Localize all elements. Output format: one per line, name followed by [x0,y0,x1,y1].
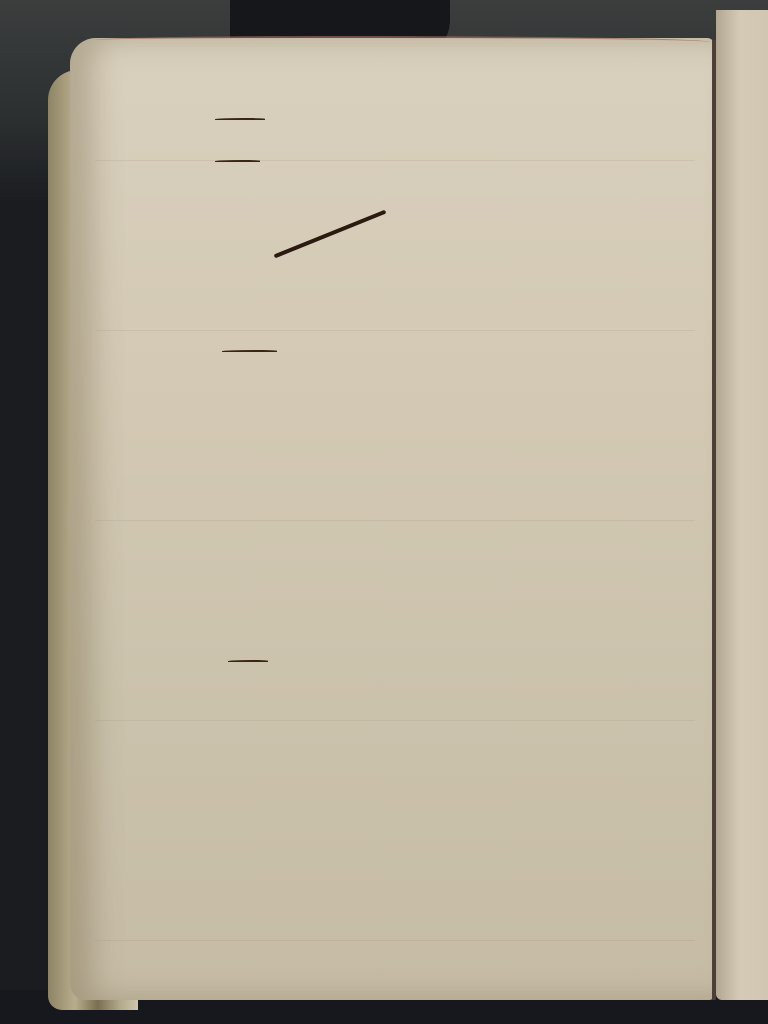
right-facing-page [716,10,768,1000]
paragraph-flourish [222,350,277,352]
manuscript-page [70,38,715,1000]
paragraph-flourish [215,160,260,162]
book-gutter [712,40,716,1000]
page-top-edge [95,36,710,46]
ruled-line [95,160,695,161]
ruled-line [95,520,695,521]
paragraph-flourish [228,660,268,662]
ruled-line [95,720,695,721]
ruled-line [95,940,695,941]
paragraph-flourish [215,118,265,120]
ruled-line [95,330,695,331]
